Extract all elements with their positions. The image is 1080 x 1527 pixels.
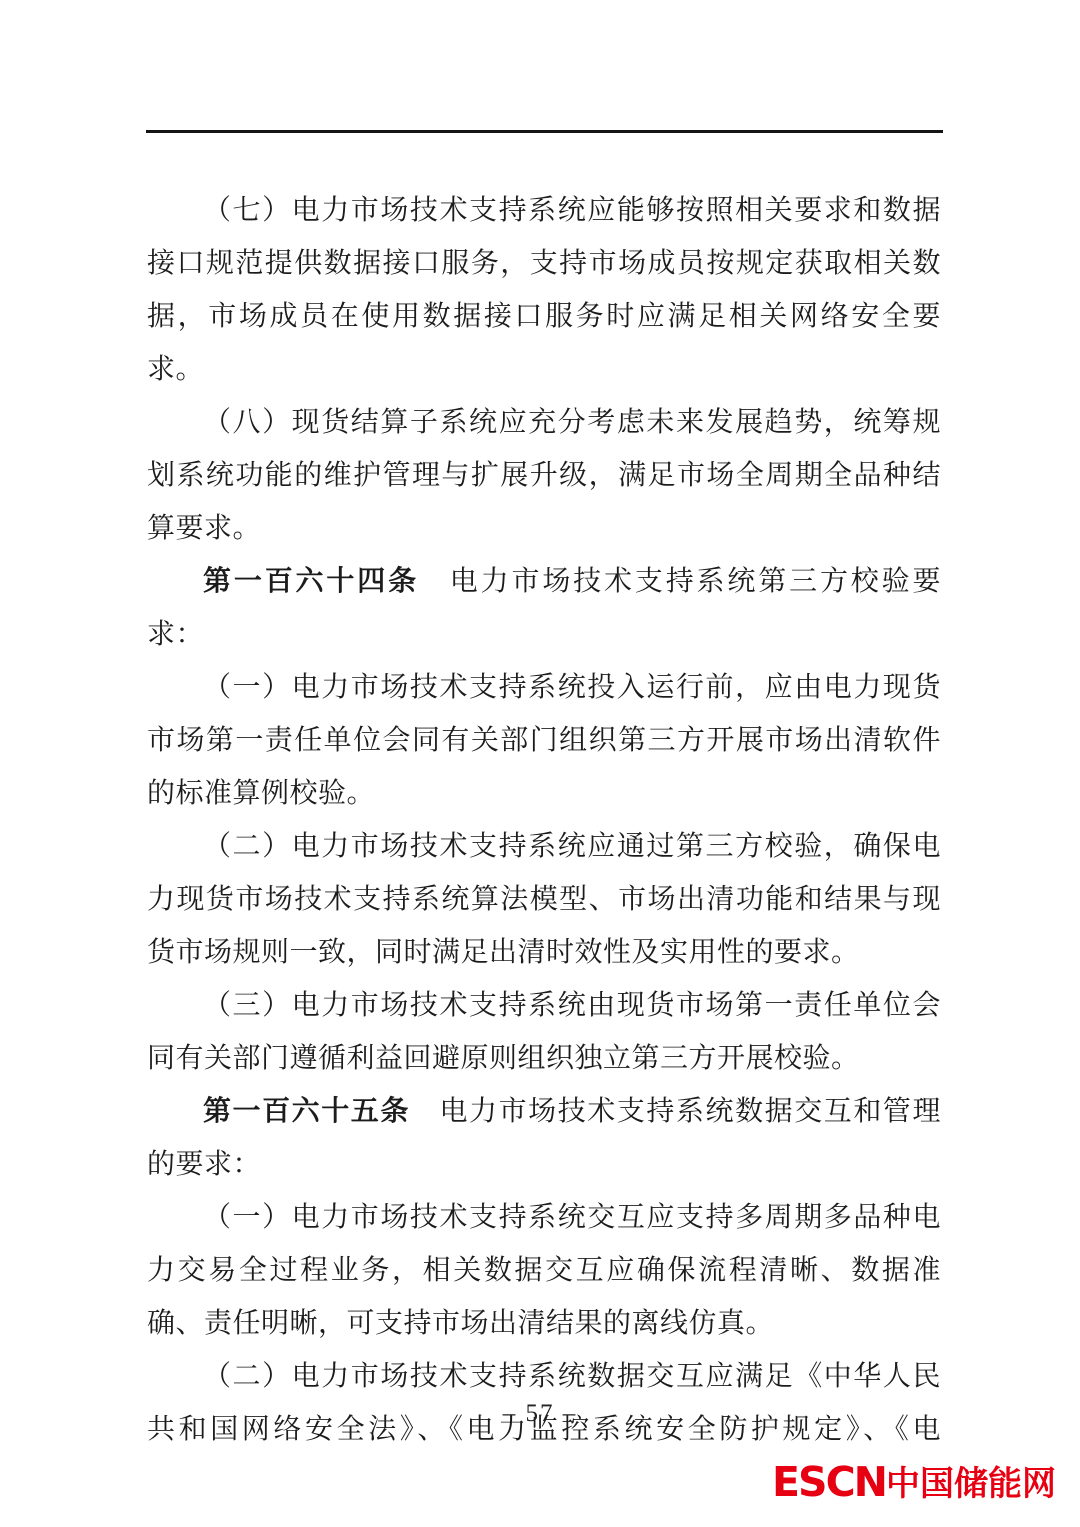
article-165-number: 第一百六十五条: [203, 1096, 410, 1127]
paragraph-item-3a: （三）电力市场技术支持系统由现货市场第一责任单位会同有关部门遵循利益回避原则组织…: [147, 979, 941, 1085]
article-164-number: 第一百六十四条: [203, 566, 419, 597]
paragraph-item-7: （七）电力市场技术支持系统应能够按照相关要求和数据接口规范提供数据接口服务，支持…: [147, 184, 941, 396]
paragraph-item-1b: （一）电力市场技术支持系统交互应支持多周期多品种电力交易全过程业务，相关数据交互…: [147, 1191, 941, 1350]
article-164-heading: 第一百六十四条 电力市场技术支持系统第三方校验要求：: [147, 555, 941, 661]
paragraph-item-1a: （一）电力市场技术支持系统投入运行前，应由电力现货市场第一责任单位会同有关部门组…: [147, 661, 941, 820]
escn-watermark-logo: ESCN中国储能网: [772, 1462, 1056, 1512]
paragraph-item-2a: （二）电力市场技术支持系统应通过第三方校验，确保电力现货市场技术支持系统算法模型…: [147, 820, 941, 979]
paragraph-item-8: （八）现货结算子系统应充分考虑未来发展趋势，统筹规划系统功能的维护管理与扩展升级…: [147, 396, 941, 555]
document-body: （七）电力市场技术支持系统应能够按照相关要求和数据接口规范提供数据接口服务，支持…: [147, 184, 941, 1456]
header-rule: [146, 130, 943, 133]
page-number: – 57 –: [0, 1398, 1080, 1430]
article-165-heading: 第一百六十五条 电力市场技术支持系统数据交互和管理的要求：: [147, 1085, 941, 1191]
escn-logo-latin: ESCN: [772, 1458, 886, 1506]
document-page: （七）电力市场技术支持系统应能够按照相关要求和数据接口规范提供数据接口服务，支持…: [0, 0, 1080, 1527]
escn-logo-chinese: 中国储能网: [886, 1464, 1056, 1504]
